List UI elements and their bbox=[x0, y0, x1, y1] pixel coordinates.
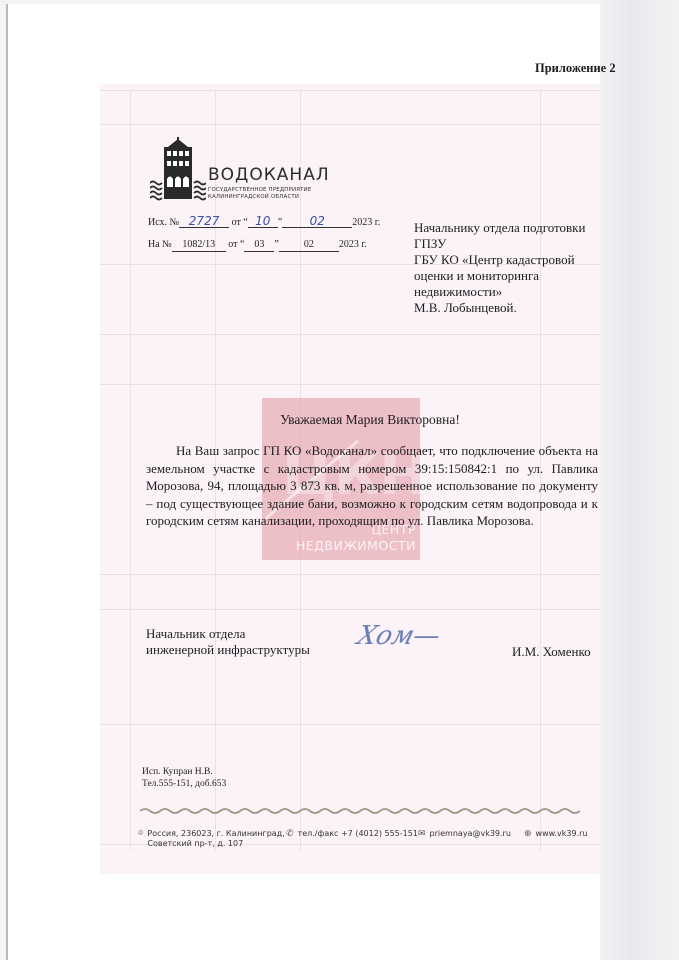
watermark-line2: НЕДВИЖИМОСТИ bbox=[296, 538, 416, 553]
email-link[interactable]: priemnaya@vk39.ru bbox=[430, 829, 511, 839]
outgoing-ref: Исх. №2727 от “10”022023 г. bbox=[148, 212, 380, 234]
letterhead-footer: ⌾ Россия, 236023, г. Калининград, Советс… bbox=[138, 829, 588, 855]
addressee-line: Начальнику отдела подготовки bbox=[414, 220, 614, 236]
incoming-day: 03 bbox=[244, 239, 274, 252]
page-edge-shadow bbox=[600, 0, 679, 960]
addressee-block: Начальнику отдела подготовки ГПЗУ ГБУ КО… bbox=[414, 220, 614, 316]
addressee-line: ГБУ КО «Центр кадастровой bbox=[414, 252, 614, 268]
signature-block: Начальник отдела инженерной инфраструкту… bbox=[146, 626, 606, 658]
phone-icon: ✆ bbox=[286, 829, 294, 839]
org-subtitle-line2: Калининградской области bbox=[208, 194, 312, 201]
vodokanal-logo: ВОДОКАНАЛ Государственное предприятие Ка… bbox=[150, 137, 350, 207]
executor-phone: Тел.555-151, доб.653 bbox=[142, 778, 226, 790]
incoming-prefix: На № bbox=[148, 239, 172, 250]
incoming-ref: На №1082/13 от “03”022023 г. bbox=[148, 234, 380, 256]
executor-info: Исп. Купран Н.В. Тел.555-151, доб.653 bbox=[142, 766, 226, 790]
incoming-year: 2023 г. bbox=[339, 239, 367, 250]
addressee-line: ГПЗУ bbox=[414, 236, 614, 252]
org-subtitle-line1: Государственное предприятие bbox=[208, 187, 312, 194]
footer-phone: ✆ тел./факс +7 (4012) 555-151 bbox=[286, 829, 418, 839]
addressee-line: М.В. Лобынцевой. bbox=[414, 300, 614, 316]
handwritten-signature: Хом— bbox=[356, 628, 442, 644]
outgoing-year: 2023 г. bbox=[352, 217, 380, 228]
outgoing-number: 2727 bbox=[179, 215, 229, 228]
address-line2: Советский пр-т, д. 107 bbox=[147, 839, 284, 849]
addressee-line: оценки и мониторинга bbox=[414, 268, 614, 284]
reference-numbers: Исх. №2727 от “10”022023 г. На №1082/13 … bbox=[148, 212, 380, 256]
outgoing-month: 02 bbox=[282, 215, 352, 228]
location-pin-icon: ⌾ bbox=[138, 829, 143, 849]
water-tower-icon bbox=[150, 137, 206, 203]
incoming-from: от “ bbox=[228, 239, 244, 250]
signer-name: И.М. Хоменко bbox=[512, 644, 591, 660]
envelope-icon: ✉ bbox=[418, 829, 426, 839]
salutation: Уважаемая Мария Викторовна! bbox=[130, 412, 610, 428]
outgoing-from: от “ bbox=[232, 217, 248, 228]
letter-body: На Ваш запрос ГП КО «Водоканал» сообщает… bbox=[146, 442, 598, 530]
incoming-number: 1082/13 bbox=[172, 239, 226, 252]
org-name: ВОДОКАНАЛ bbox=[208, 165, 330, 185]
footer-address: ⌾ Россия, 236023, г. Калининград, Советс… bbox=[138, 829, 285, 849]
globe-icon: ⊕ bbox=[524, 829, 532, 839]
phone-text: тел./факс +7 (4012) 555-151 bbox=[298, 829, 418, 839]
wavy-divider bbox=[140, 805, 580, 817]
executor-name: Исп. Купран Н.В. bbox=[142, 766, 226, 778]
footer-email: ✉ priemnaya@vk39.ru bbox=[418, 829, 511, 839]
appendix-label: Приложение 2 bbox=[535, 61, 616, 76]
address-line1: Россия, 236023, г. Калининград, bbox=[147, 829, 284, 839]
addressee-line: недвижимости» bbox=[414, 284, 614, 300]
incoming-month: 02 bbox=[279, 239, 339, 252]
outgoing-day: 10 bbox=[248, 215, 278, 228]
outgoing-prefix: Исх. № bbox=[148, 217, 179, 228]
website-link[interactable]: www.vk39.ru bbox=[536, 829, 588, 839]
org-subtitle: Государственное предприятие Калининградс… bbox=[208, 187, 312, 201]
footer-website: ⊕ www.vk39.ru bbox=[524, 829, 587, 839]
